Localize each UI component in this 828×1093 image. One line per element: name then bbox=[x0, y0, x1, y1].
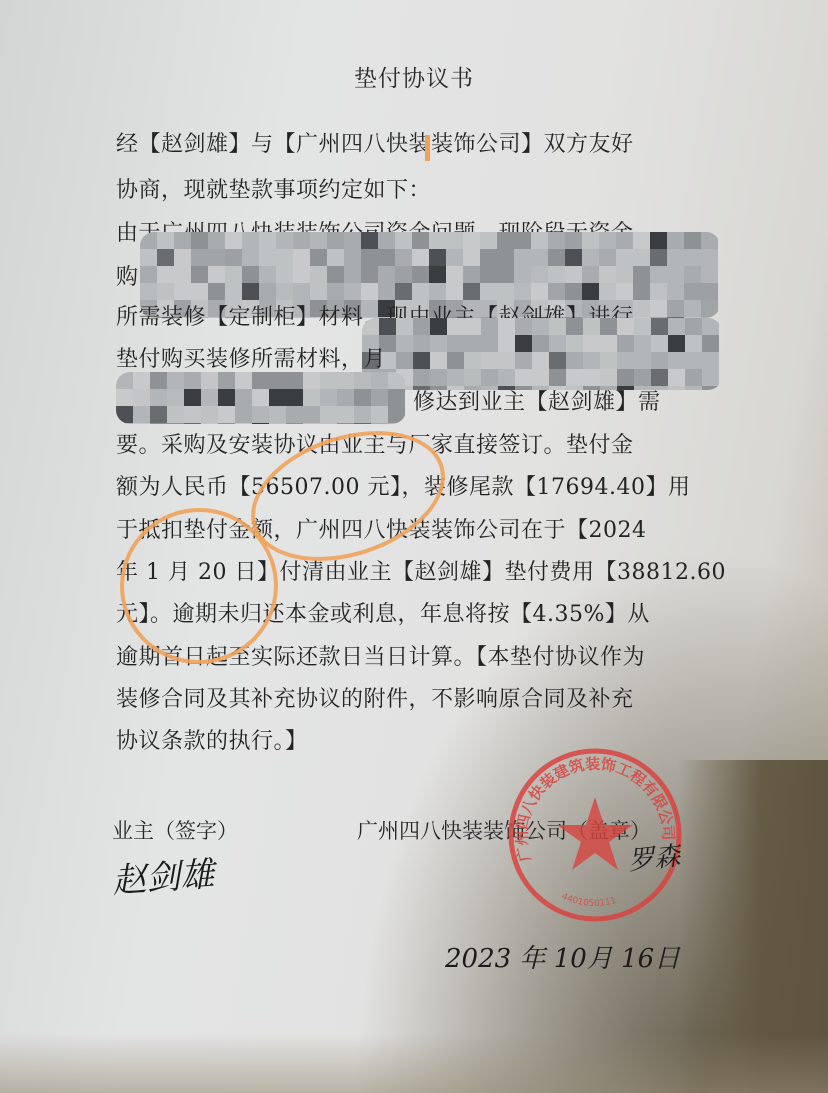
owner-handwritten-signature: 赵剑雄 bbox=[110, 847, 215, 903]
text-line-2: 协商，现就垫款事项约定如下： bbox=[116, 173, 431, 204]
text-line-14: 装修合同及其补充协议的附件，不影响原合同及补充 bbox=[116, 682, 634, 713]
text-line-13: 逾期首日起至实际还款日当日计算。【本垫付协议作为 bbox=[116, 640, 645, 671]
text-line-1: 经【赵剑雄】与【广州四八快装装饰公司】双方友好 bbox=[116, 127, 634, 158]
text-line-12: 元】。逾期未归还本金或利息，年息将按【4.35%】从 bbox=[116, 597, 650, 628]
orange-text-cursor-mark bbox=[425, 135, 430, 161]
text-line-15: 协议条款的执行。】 bbox=[116, 724, 308, 755]
bottom-shadow bbox=[0, 1033, 828, 1093]
text-line-9: 额为人民币【56507.00 元】，装修尾款【17694.40】用 bbox=[116, 470, 690, 501]
company-handwritten-signature: 罗森 bbox=[626, 835, 682, 877]
text-line-10: 于抵扣垫付金额，广州四八快装装饰公司在于【2024 bbox=[116, 513, 647, 544]
document-title: 垫付协议书 bbox=[0, 60, 828, 93]
redacted-region bbox=[362, 318, 722, 390]
text-line-6: 垫付购买装修所需材料，月 bbox=[116, 342, 386, 373]
handwritten-date: 2023 年 10月 16日 bbox=[445, 938, 680, 975]
company-seal-stamp: 广州四八快装建筑装饰工程有限公司 4401050111 bbox=[505, 745, 685, 925]
text-line-11: 年 1 月 20 日】付清由业主【赵剑雄】垫付费用【38812.60 bbox=[116, 555, 726, 586]
svg-text:4401050111: 4401050111 bbox=[560, 892, 618, 909]
text-line-7: 修达到业主【赵剑雄】需 bbox=[413, 385, 661, 416]
text-line-8: 要。采购及安装协议由业主与厂家直接签订。垫付金 bbox=[116, 428, 634, 459]
owner-signature-label: 业主（签字） bbox=[112, 815, 238, 845]
text-line-4: 购 bbox=[116, 260, 139, 291]
redacted-region bbox=[116, 372, 406, 424]
